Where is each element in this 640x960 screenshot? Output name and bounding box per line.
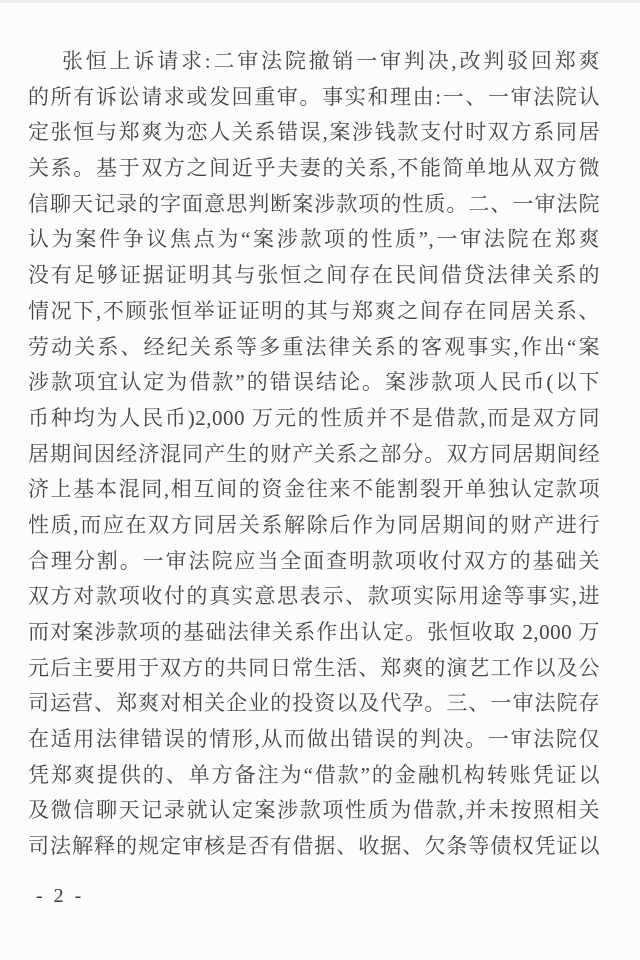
text-line: 元后主要用于双方的共同日常生活、郑爽的演艺工作以及公 — [28, 651, 600, 687]
text-line: 双方对款项收付的真实意思表示、款项实际用途等事实,进 — [28, 579, 600, 615]
text-line: 济上基本混同,相互间的资金往来不能割裂开单独认定款项 — [28, 472, 600, 508]
text-line: 劳动关系、经纪关系等多重法律关系的客观事实,作出“案 — [28, 330, 600, 366]
text-line: 的所有诉讼请求或发回重审。事实和理由:一、一审法院认 — [28, 80, 600, 116]
text-line: 而对案涉款项的基础法律关系作出认定。张恒收取 2,000 万 — [28, 615, 600, 651]
text-line: 认为案件争议焦点为“案涉款项的性质”,一审法院在郑爽 — [28, 222, 600, 258]
text-line: 关系。基于双方之间近乎夫妻的关系,不能简单地从双方微 — [28, 151, 600, 187]
text-line: 合理分割。一审法院应当全面查明款项收付双方的基础关系、 — [28, 544, 600, 580]
text-line: 张恒上诉请求:二审法院撤销一审判决,改判驳回郑爽 — [28, 44, 600, 80]
text-line: 币种均为人民币)2,000 万元的性质并不是借款,而是双方同 — [28, 401, 600, 437]
text-line: 定张恒与郑爽为恋人关系错误,案涉钱款支付时双方系同居 — [28, 115, 600, 151]
paragraph-block: 张恒上诉请求:二审法院撤销一审判决,改判驳回郑爽的所有诉讼请求或发回重审。事实和… — [28, 44, 600, 865]
text-line: 凭郑爽提供的、单方备注为“借款”的金融机构转账凭证以 — [28, 758, 600, 794]
text-line: 司法解释的规定审核是否有借据、收据、欠条等债权凭证以 — [28, 829, 600, 865]
text-line: 在适用法律错误的情形,从而做出错误的判决。一审法院仅 — [28, 722, 600, 758]
text-line: 司运营、郑爽对相关企业的投资以及代孕。三、一审法院存 — [28, 686, 600, 722]
text-line: 居期间因经济混同产生的财产关系之部分。双方同居期间经 — [28, 437, 600, 473]
scan-edge — [0, 0, 640, 3]
text-line: 涉款项宜认定为借款”的错误结论。案涉款项人民币(以下 — [28, 365, 600, 401]
text-line: 性质,而应在双方同居关系解除后作为同居期间的财产进行 — [28, 508, 600, 544]
page-number: - 2 - — [36, 882, 84, 910]
text-line: 情况下,不顾张恒举证证明的其与郑爽之间存在同居关系、 — [28, 294, 600, 330]
document-page: 张恒上诉请求:二审法院撤销一审判决,改判驳回郑爽的所有诉讼请求或发回重审。事实和… — [0, 0, 640, 960]
text-line: 信聊天记录的字面意思判断案涉款项的性质。二、一审法院 — [28, 187, 600, 223]
text-line: 及微信聊天记录就认定案涉款项性质为借款,并未按照相关 — [28, 793, 600, 829]
text-line: 没有足够证据证明其与张恒之间存在民间借贷法律关系的 — [28, 258, 600, 294]
